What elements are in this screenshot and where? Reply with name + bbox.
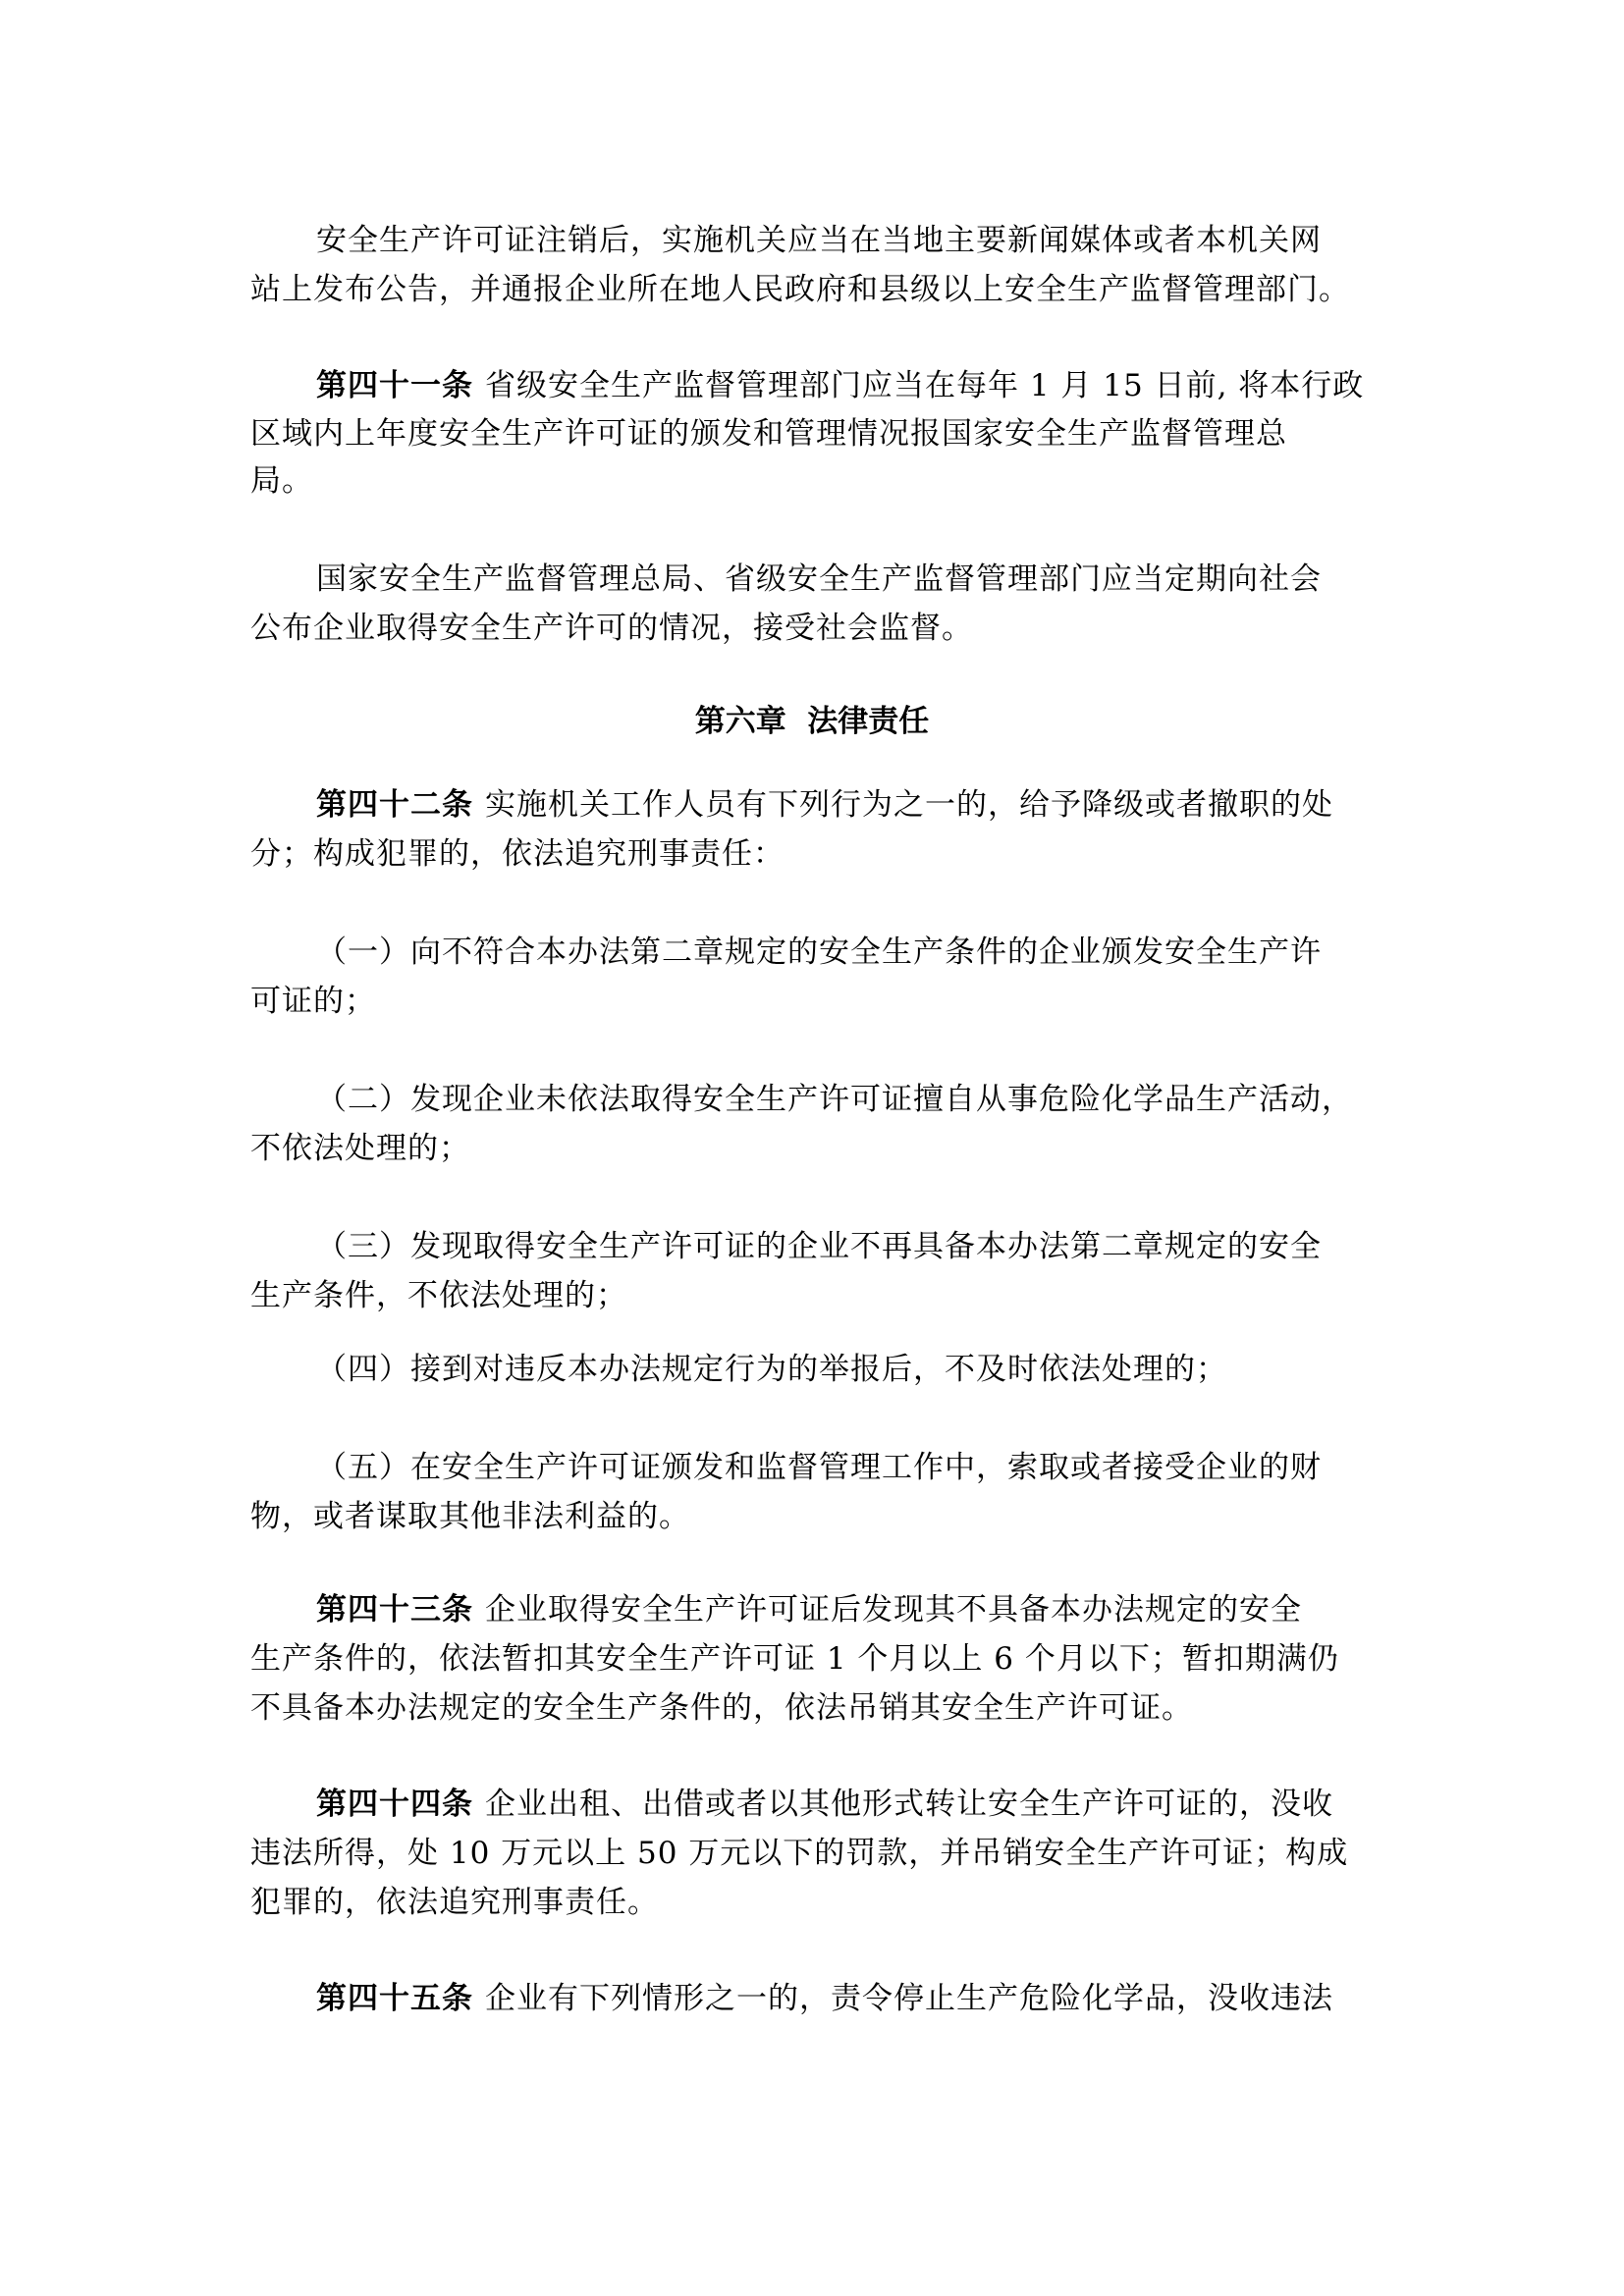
paragraph-line: 违法所得，处 10 万元以上 50 万元以下的罚款，并吊销安全生产许可证；构成 xyxy=(250,1829,1380,1878)
paragraph-line: 国家安全生产监督管理总局、省级安全生产监督管理部门应当定期向社会 xyxy=(316,555,1445,604)
list-item-line: 可证的； xyxy=(250,977,1380,1026)
article-42-line: 第四十二条实施机关工作人员有下列行为之一的，给予降级或者撤职的处 xyxy=(316,780,1445,829)
article-text: 实施机关工作人员有下列行为之一的，给予降级或者撤职的处 xyxy=(485,787,1333,823)
paragraph-line: 安全生产许可证注销后，实施机关应当在当地主要新闻媒体或者本机关网 xyxy=(316,216,1445,265)
list-item-line: 不依法处理的； xyxy=(250,1124,1380,1173)
article-text: 企业出租、出借或者以其他形式转让安全生产许可证的，没收 xyxy=(485,1787,1333,1822)
article-text: 企业有下列情形之一的，责令停止生产危险化学品，没收违法 xyxy=(485,1981,1333,2016)
list-item-line: （二）发现企业未依法取得安全生产许可证擅自从事危险化学品生产活动， xyxy=(316,1075,1445,1124)
article-number: 第四十三条 xyxy=(316,1592,473,1628)
article-number: 第四十五条 xyxy=(316,1981,473,2016)
list-item-line: 生产条件，不依法处理的； xyxy=(250,1271,1380,1320)
list-item-line: （三）发现取得安全生产许可证的企业不再具备本办法第二章规定的安全 xyxy=(316,1222,1445,1271)
list-item-line: （四）接到对违反本办法规定行为的举报后，不及时依法处理的； xyxy=(316,1345,1445,1394)
article-44-line: 第四十四条企业出租、出借或者以其他形式转让安全生产许可证的，没收 xyxy=(316,1780,1445,1829)
list-item-line: （五）在安全生产许可证颁发和监督管理工作中，索取或者接受企业的财 xyxy=(316,1443,1445,1492)
paragraph-line: 不具备本办法规定的安全生产条件的，依法吊销其安全生产许可证。 xyxy=(250,1683,1380,1733)
paragraph-line: 犯罪的，依法追究刑事责任。 xyxy=(250,1878,1380,1927)
paragraph-line: 公布企业取得安全生产许可的情况，接受社会监督。 xyxy=(250,604,1380,653)
document-page: 安全生产许可证注销后，实施机关应当在当地主要新闻媒体或者本机关网 站上发布公告，… xyxy=(0,0,1624,2296)
article-text: 省级安全生产监督管理部门应当在每年 1 月 15 日前, 将本行政 xyxy=(485,368,1364,403)
article-text: 企业取得安全生产许可证后发现其不具备本办法规定的安全 xyxy=(485,1592,1302,1628)
paragraph-line: 区域内上年度安全生产许可证的颁发和管理情况报国家安全生产监督管理总 xyxy=(250,409,1380,458)
article-45-line: 第四十五条企业有下列情形之一的，责令停止生产危险化学品，没收违法 xyxy=(316,1974,1445,2023)
chapter-heading: 第六章 法律责任 xyxy=(0,697,1624,746)
list-item-line: （一）向不符合本办法第二章规定的安全生产条件的企业颁发安全生产许 xyxy=(316,928,1445,977)
paragraph-line: 站上发布公告，并通报企业所在地人民政府和县级以上安全生产监督管理部门。 xyxy=(250,265,1380,314)
list-item-line: 物，或者谋取其他非法利益的。 xyxy=(250,1492,1380,1541)
article-41-line: 第四十一条省级安全生产监督管理部门应当在每年 1 月 15 日前, 将本行政 xyxy=(316,361,1445,410)
article-number: 第四十一条 xyxy=(316,368,473,403)
paragraph-line: 分；构成犯罪的，依法追究刑事责任： xyxy=(250,829,1380,879)
paragraph-line: 局。 xyxy=(250,456,1380,506)
article-number: 第四十二条 xyxy=(316,787,473,823)
article-number: 第四十四条 xyxy=(316,1787,473,1822)
article-43-line: 第四十三条企业取得安全生产许可证后发现其不具备本办法规定的安全 xyxy=(316,1585,1445,1634)
paragraph-line: 生产条件的，依法暂扣其安全生产许可证 1 个月以上 6 个月以下；暂扣期满仍 xyxy=(250,1634,1380,1683)
